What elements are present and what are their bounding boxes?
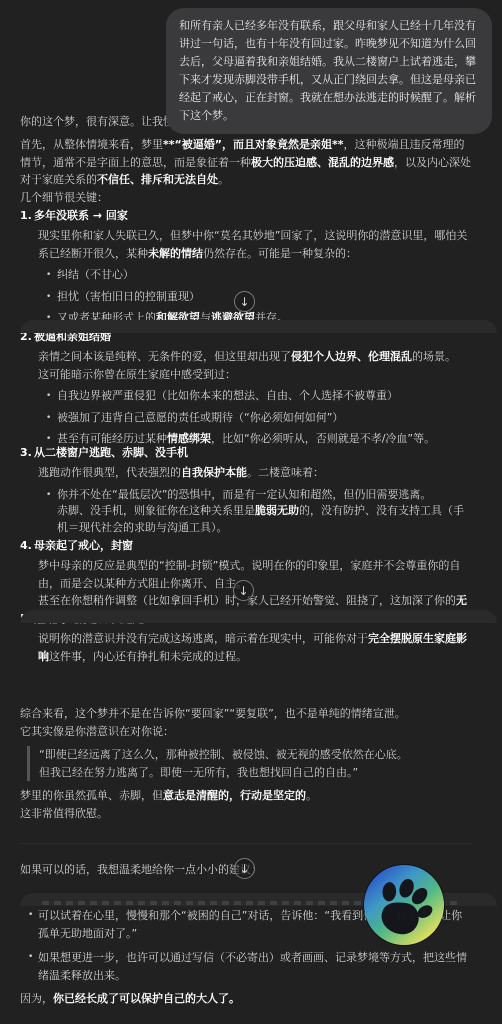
subconscious-quote: “即使已经远离了这么久，那种被控制、被侵蚀、被无视的感受依然在心底。 但我已经在… — [27, 746, 469, 781]
summary-line-1: 综合来看，这个梦并不是在告诉你“要回家”“要复联”，也不是单纯的情绪宣泄。 — [20, 705, 473, 723]
section-2-bullet-list: 自我边界被严重侵犯（比如你本来的想法、自由、个人选择不被尊重） 被强加了违背自己… — [20, 388, 473, 448]
summary-line-2: 它其实像是你潜意识在对你说： — [20, 723, 473, 741]
list-item: 被强加了违背自己意愿的责任或期待（“你必须如何如何”） — [57, 410, 473, 427]
section-3-bullet-list: 你并不处在“最低层次”的恐惧中，而是有一定认知和超然，但仍旧需要逃离。 赤脚、没… — [20, 487, 473, 537]
list-item: 自我边界被严重侵犯（比如你本来的想法、自由、个人选择不被尊重） — [57, 388, 473, 405]
closing-statement: 因为，你已经长成了可以保护自己的大人了。 — [20, 990, 473, 1008]
details-label: 几个细节很关键： — [20, 189, 473, 207]
user-message-bubble: 和所有亲人已经多年没有联系，跟父母和家人已经十几年没有讲过一句话，也有十年没有回… — [166, 8, 492, 134]
section-title: 母亲起了戒心，封窗 — [34, 538, 133, 554]
chat-screen: { "user_message": { "text": "和所有亲人已经多年没有… — [0, 0, 502, 1024]
arrow-down-icon: ↓ — [238, 584, 248, 598]
section-1-paragraph: 现实里你和家人失联已久，但梦中你“莫名其妙地”回家了，这说明你的潜意识里，哪怕关… — [38, 227, 473, 262]
paw-logo — [364, 865, 444, 945]
analysis-section-1: 1. 多年没联系 → 回家 现实里你和家人失联已久，但梦中你“莫名其妙地”回家了… — [20, 208, 473, 332]
screenshot-stitch-band — [20, 320, 497, 333]
list-item: 你并不处在“最低层次”的恐惧中，而是有一定认知和超然，但仍旧需要逃离。 赤脚、没… — [57, 487, 473, 537]
paw-print-icon — [364, 865, 444, 945]
affirmation-line-2: 这非常值得欣慰。 — [20, 805, 473, 823]
list-item: 如果想更进一步，也许可以通过写信（不必寄出）或者画画、记录梦境等方式，把这些情绪… — [38, 949, 473, 984]
section-1-heading: 1. 多年没联系 → 回家 — [20, 208, 473, 224]
section-number: 4. — [20, 538, 34, 554]
section-divider — [20, 843, 473, 844]
affirmation-paragraph: 梦里的你虽然孤单、赤脚，但意志是清醒的，行动是坚定的。 这非常值得欣慰。 — [20, 787, 473, 822]
section-3-paragraph: 逃跑动作很典型，代表强烈的自我保护本能。二楼意味着： — [38, 464, 473, 482]
section-title: 多年没联系 → 回家 — [34, 208, 128, 224]
section-3-heading: 3. 从二楼窗户逃跑、赤脚、没手机 — [20, 445, 473, 461]
screenshot-stitch-band — [20, 610, 497, 623]
quote-line-2: 但我已经在努力逃离了。即使一无所有，我也想找回自己的自由。” — [39, 764, 469, 782]
summary-paragraph: 综合来看，这个梦并不是在告诉你“要回家”“要复联”，也不是单纯的情绪宣泄。 它其… — [20, 705, 473, 740]
scroll-down-button[interactable]: ↓ — [234, 858, 255, 879]
list-item: 纠结（不甘心） — [57, 267, 473, 284]
scroll-down-button[interactable]: ↓ — [234, 291, 255, 312]
scroll-down-button[interactable]: ↓ — [233, 580, 254, 601]
section-2-paragraph: 亲情之间本该是纯粹、无条件的爱，但这里却出现了侵犯个人边界、伦理混乱的场景。 这… — [38, 348, 473, 383]
assistant-overview: 首先，从整体情境来看，梦里**“被逼婚”，而且对象竟然是亲姐**，这种极端且违反… — [20, 136, 473, 189]
arrow-down-icon: ↓ — [239, 862, 249, 876]
list-item: 担忧（害怕旧日的控制重现） — [57, 289, 473, 306]
section-5-paragraph: 说明你的潜意识并没有完成这场逃离，暗示着在现实中，可能你对于完全摆脱原生家庭影响… — [38, 630, 473, 665]
analysis-section-3: 3. 从二楼窗户逃跑、赤脚、没手机 逃跑动作很典型，代表强烈的自我保护本能。二楼… — [20, 445, 473, 541]
section-4-heading: 4. 母亲起了戒心，封窗 — [20, 538, 473, 554]
analysis-section-2: 2. 被逼和亲姐结婚 亲情之间本该是纯粹、无条件的爱，但这里却出现了侵犯个人边界… — [20, 329, 473, 453]
quote-line-1: “即使已经远离了这么久，那种被控制、被侵蚀、被无视的感受依然在心底。 — [39, 746, 469, 764]
user-message-text: 和所有亲人已经多年没有联系，跟父母和家人已经十几年没有讲过一句话，也有十年没有回… — [179, 19, 476, 122]
section-title: 从二楼窗户逃跑、赤脚、没手机 — [34, 445, 188, 461]
affirmation-line-1: 梦里的你虽然孤单、赤脚，但意志是清醒的，行动是坚定的。 — [20, 787, 473, 805]
section-number: 1. — [20, 208, 34, 224]
section-number: 3. — [20, 445, 34, 461]
arrow-down-icon: ↓ — [239, 295, 249, 309]
